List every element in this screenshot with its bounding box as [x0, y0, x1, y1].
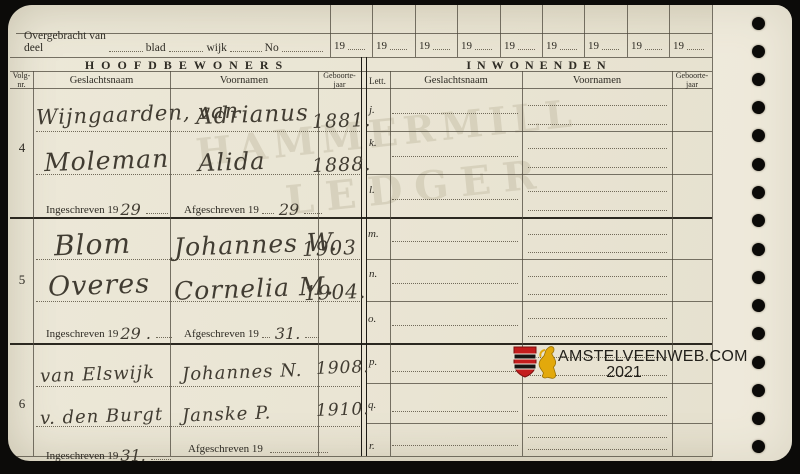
- row-line: [366, 131, 712, 132]
- handwritten-geboortejaar: 1888.: [312, 153, 372, 177]
- v-line-year-col: [330, 5, 331, 57]
- binder-hole: [752, 440, 765, 453]
- write-line: [528, 191, 667, 192]
- year-cell: 19: [461, 40, 495, 52]
- volgnr-4: 4: [12, 140, 32, 156]
- v-line-geslachtsnaam: [170, 71, 171, 456]
- handwritten-geslachtsnaam: van Elswijk: [40, 362, 156, 387]
- fill-in-dots: [156, 337, 172, 338]
- fill-in-dots: [230, 51, 262, 52]
- fill-in-dots: [270, 452, 328, 453]
- transfer-label-wijk: wijk: [206, 42, 226, 54]
- write-line: [528, 124, 667, 125]
- afgeschreven-row: Afgeschreven 19: [188, 443, 331, 455]
- v-line-year-col: [457, 5, 458, 57]
- handwritten-voornamen: Adrianus: [196, 100, 310, 130]
- col-header-geboortejaar: Geboorte- jaar: [318, 72, 361, 89]
- ingeschreven-row: Ingeschreven 19 29: [46, 197, 171, 216]
- ingeschreven-year-handwritten: 29: [120, 200, 140, 219]
- handwritten-geslachtsnaam: Blom: [53, 227, 131, 263]
- fill-in-dots: [305, 337, 319, 338]
- lett-row-k: k.: [369, 137, 377, 149]
- fill-in-dots: [518, 49, 535, 50]
- v-line-year-col: [542, 5, 543, 57]
- binder-hole: [752, 384, 765, 397]
- write-line: [528, 276, 667, 277]
- binder-hole: [752, 129, 765, 142]
- fill-in-dots: [348, 49, 365, 50]
- lett-row-p: p.: [369, 356, 377, 368]
- afgeschreven-label: Afgeschreven 19: [188, 443, 263, 455]
- volgnr-6: 6: [12, 396, 32, 412]
- transfer-label-blad: blad: [146, 42, 166, 54]
- lett-row-r: r.: [369, 440, 375, 452]
- afgeschreven-year-handwritten: 31.: [275, 324, 300, 343]
- year-cell: 19: [631, 40, 665, 52]
- year-prefix: 19: [546, 40, 557, 52]
- handwritten-geboortejaar: 1881.: [312, 109, 372, 133]
- col-header-geboortejaar-2: Geboorte- jaar: [672, 72, 712, 89]
- binder-hole: [752, 73, 765, 86]
- col-header-geboortejaar-line2: jaar: [334, 80, 346, 89]
- amstelveen-coat-of-arms-icon: [512, 345, 562, 383]
- write-line: [392, 371, 518, 372]
- write-line: [528, 449, 667, 450]
- ingeschreven-label: Ingeschreven 19: [46, 204, 118, 216]
- hoofdbewoners-title: HOOFDBEWONERS: [12, 58, 362, 73]
- lett-row-j: j.: [369, 104, 375, 116]
- col-header-voornamen: Voornamen: [170, 75, 318, 86]
- write-line: [528, 437, 667, 438]
- handwritten-geboortejaar: 1903: [302, 235, 358, 261]
- fill-in-dots: [645, 49, 662, 50]
- ingeschreven-row: Ingeschreven 19 29 .: [46, 321, 175, 340]
- volgnr-5: 5: [12, 272, 32, 288]
- binder-hole: [752, 271, 765, 284]
- lett-row-o: o.: [368, 313, 376, 325]
- handwritten-geboortejaar: 1908.: [316, 357, 370, 379]
- row-line: [366, 423, 712, 424]
- binder-hole: [752, 186, 765, 199]
- fill-in-dots: [282, 51, 323, 52]
- col-header-geslachtsnaam: Geslachtsnaam: [33, 75, 170, 86]
- v-line-year-col: [669, 5, 670, 57]
- write-line: [392, 199, 518, 200]
- binder-hole: [752, 412, 765, 425]
- fill-in-dots: [560, 49, 577, 50]
- col-header-volgnr-line2: nr.: [17, 80, 25, 89]
- year-cell: 19: [334, 40, 368, 52]
- fill-in-dots: [390, 49, 407, 50]
- year-prefix: 19: [631, 40, 642, 52]
- year-prefix: 19: [588, 40, 599, 52]
- write-line: [392, 411, 518, 412]
- scanned-register-card: HAMMERMILL LEDGER: [0, 0, 800, 474]
- transfer-label-overgebracht: Overgebracht van deel: [24, 30, 106, 54]
- h-line: [16, 33, 712, 34]
- write-line: [528, 105, 667, 106]
- afgeschreven-year-handwritten: 29: [279, 200, 299, 219]
- year-prefix: 19: [673, 40, 684, 52]
- credit-year-text: 2021: [560, 364, 688, 382]
- ingeschreven-label: Ingeschreven 19: [46, 328, 118, 340]
- card-sheet: HAMMERMILL LEDGER: [8, 5, 792, 461]
- fill-in-dots: [109, 51, 142, 52]
- write-line: [392, 113, 518, 114]
- col-header-geslachtsnaam-2: Geslachtsnaam: [390, 75, 522, 86]
- afgeschreven-label: Afgeschreven 19: [184, 204, 259, 216]
- binder-hole: [752, 356, 765, 369]
- col-header-volgnr: Volg- nr.: [10, 72, 33, 89]
- write-line: [528, 148, 667, 149]
- write-line: [528, 252, 667, 253]
- write-line: [528, 318, 667, 319]
- inwonenden-title: INWONENDEN: [366, 58, 712, 73]
- v-line-geslachtsnaam-2: [522, 71, 523, 456]
- afgeschreven-row: Afgeschreven 19 31.: [184, 321, 322, 340]
- col-header-geboortejaar-2-line2: jaar: [686, 80, 698, 89]
- write-line: [528, 294, 667, 295]
- register-card-paper: HAMMERMILL LEDGER: [8, 5, 792, 461]
- credit-overlay: AMSTELVEENWEB.COM 2021: [512, 344, 752, 380]
- v-line-voornamen-2: [672, 71, 673, 456]
- write-line: [392, 241, 518, 242]
- row-line: [366, 174, 712, 175]
- write-line: [528, 210, 667, 211]
- binder-hole: [752, 299, 765, 312]
- binder-hole: [752, 45, 765, 58]
- fill-in-dots: [151, 459, 171, 460]
- year-cell: 19: [546, 40, 580, 52]
- v-line-lett: [390, 71, 391, 456]
- v-line-year-col: [415, 5, 416, 57]
- write-line: [528, 167, 667, 168]
- write-line: [392, 325, 518, 326]
- fill-in-dots: [169, 51, 204, 52]
- fill-in-dots: [262, 337, 270, 338]
- write-line: [528, 336, 667, 337]
- year-cell: 19: [419, 40, 453, 52]
- write-line: [528, 415, 667, 416]
- fill-in-dots: [146, 213, 168, 214]
- v-line-volgnr: [33, 71, 34, 456]
- v-line-year-col: [584, 5, 585, 57]
- write-line: [392, 156, 518, 157]
- binder-hole: [752, 101, 765, 114]
- fill-in-dots: [475, 49, 492, 50]
- binder-hole: [752, 327, 765, 340]
- lett-row-n: n.: [369, 268, 377, 280]
- write-line: [392, 445, 518, 446]
- ingeschreven-label: Ingeschreven 19: [46, 450, 118, 461]
- year-cell: 19: [504, 40, 538, 52]
- handwritten-geboortejaar: 1910.: [316, 399, 370, 421]
- year-cell: 19: [376, 40, 410, 52]
- year-prefix: 19: [334, 40, 345, 52]
- v-line-binder-strip: [712, 5, 713, 457]
- fill-in-dots: [304, 213, 322, 214]
- write-line: [528, 397, 667, 398]
- write-line: [36, 386, 360, 387]
- lett-row-m: m.: [368, 228, 379, 240]
- v-line-year-col: [500, 5, 501, 57]
- year-prefix: 19: [419, 40, 430, 52]
- lett-row-l: l.: [369, 184, 375, 196]
- binder-hole: [752, 158, 765, 171]
- afgeschreven-label: Afgeschreven 19: [184, 328, 259, 340]
- fill-in-dots: [687, 49, 704, 50]
- handwritten-voornamen: Johannes N.: [182, 360, 303, 385]
- binder-hole: [752, 243, 765, 256]
- handwritten-voornamen: Janske P.: [182, 402, 272, 426]
- handwritten-geslachtsnaam: Moleman: [44, 144, 170, 177]
- handwritten-geslachtsnaam: v. den Burgt: [40, 404, 164, 429]
- ingeschreven-year-handwritten: 29 .: [120, 324, 151, 343]
- row-line: [366, 383, 712, 384]
- v-line-year-col: [372, 5, 373, 57]
- ingeschreven-row: Ingeschreven 19 31.: [46, 443, 174, 461]
- binder-hole: [752, 214, 765, 227]
- transfer-label-no: No: [265, 42, 279, 54]
- year-prefix: 19: [376, 40, 387, 52]
- write-line: [392, 283, 518, 284]
- handwritten-geboortejaar: 1904.: [304, 279, 367, 305]
- handwritten-voornamen: Alida: [198, 147, 266, 177]
- row-line: [366, 259, 712, 260]
- fill-in-dots: [602, 49, 619, 50]
- col-header-voornamen-2: Voornamen: [522, 75, 672, 86]
- year-cell: 19: [588, 40, 622, 52]
- lett-row-q: q.: [368, 399, 376, 411]
- year-prefix: 19: [461, 40, 472, 52]
- transfer-row: Overgebracht van deel blad wijk No: [24, 38, 326, 54]
- fill-in-dots: [262, 213, 274, 214]
- fill-in-dots: [433, 49, 450, 50]
- year-cell: 19: [673, 40, 707, 52]
- handwritten-geslachtsnaam: Overes: [47, 268, 150, 303]
- v-line-year-col: [627, 5, 628, 57]
- binder-hole: [752, 17, 765, 30]
- write-line: [528, 234, 667, 235]
- ingeschreven-year-handwritten: 31.: [120, 446, 145, 461]
- afgeschreven-row: Afgeschreven 19 29: [184, 197, 325, 216]
- row-line: [366, 301, 712, 302]
- col-header-lett: Lett.: [365, 76, 390, 86]
- year-prefix: 19: [504, 40, 515, 52]
